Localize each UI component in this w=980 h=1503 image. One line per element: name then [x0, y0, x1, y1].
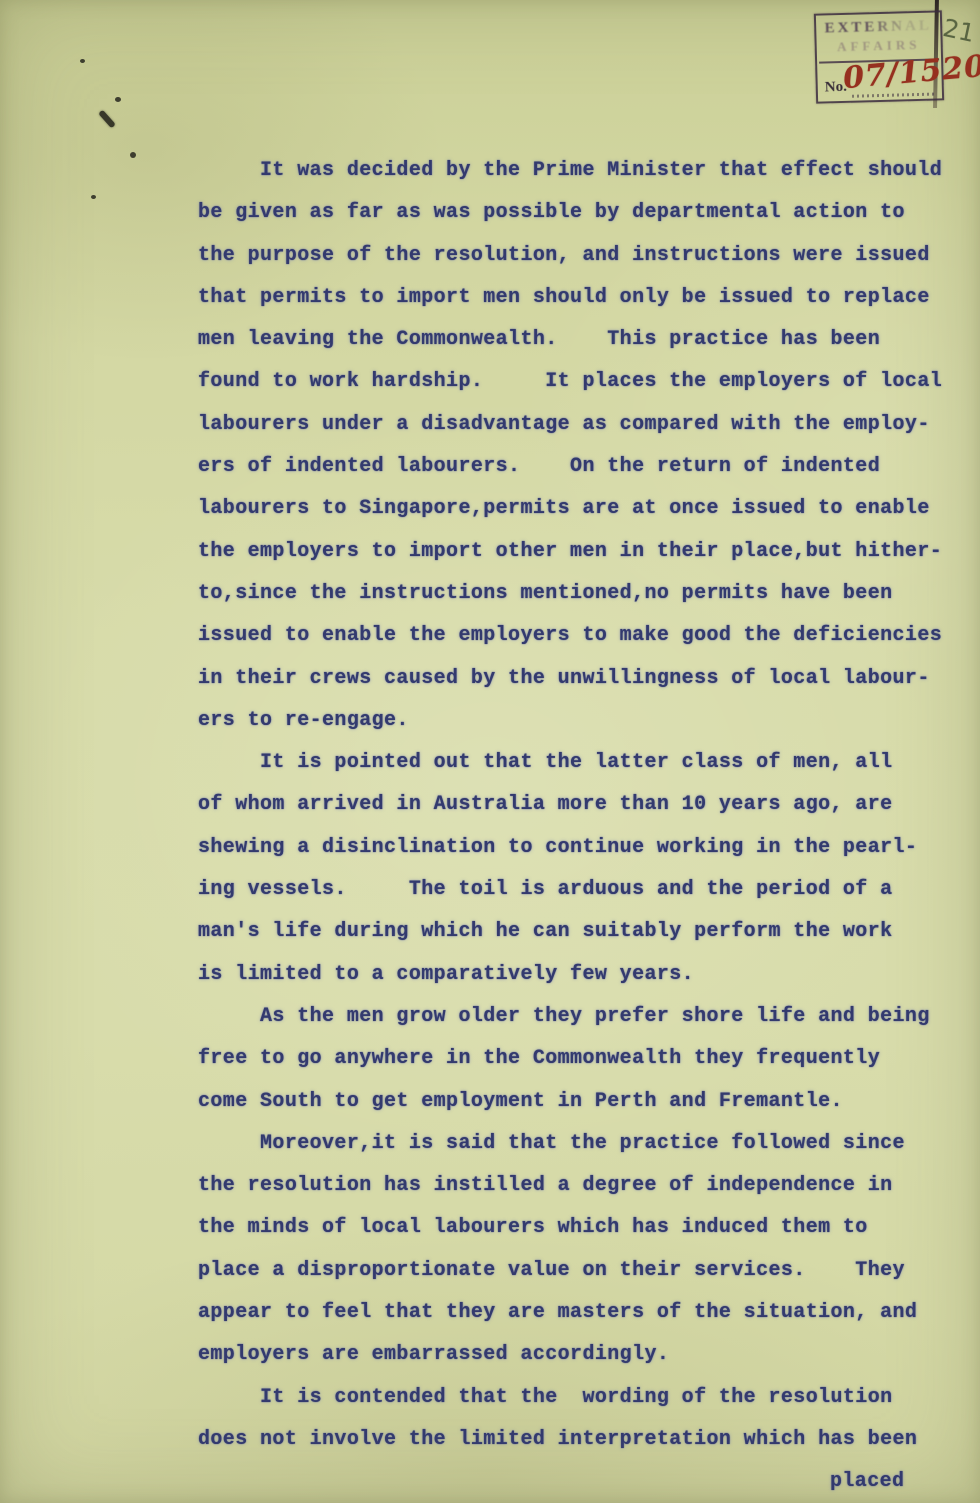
text-line: the resolution has instilled a degree of… [198, 1165, 942, 1207]
text-line: labourers under a disadvantage as compar… [198, 404, 942, 446]
text-line: to,since the instructions mentioned,no p… [198, 573, 942, 615]
text-line: the employers to import other men in the… [198, 531, 942, 573]
stamp-department-line2: AFFAIRS [817, 36, 941, 55]
text-line: the purpose of the resolution, and instr… [198, 235, 942, 277]
text-line: Moreover,it is said that the practice fo… [198, 1123, 942, 1165]
text-line: found to work hardship. It places the em… [198, 361, 942, 403]
text-line: ing vessels. The toil is arduous and the… [198, 869, 942, 911]
text-line: man's life during which he can suitably … [198, 911, 942, 953]
text-line: appear to feel that they are masters of … [198, 1292, 942, 1334]
text-line: It was decided by the Prime Minister tha… [198, 150, 942, 192]
text-line: ers to re-engage. [198, 700, 942, 742]
text-line: men leaving the Commonwealth. This pract… [198, 319, 942, 361]
text-line: that permits to import men should only b… [198, 277, 942, 319]
text-line: is limited to a comparatively few years. [198, 954, 942, 996]
text-line: does not involve the limited interpretat… [198, 1419, 942, 1461]
scanned-document-page: EXTERNAL AFFAIRS No. 07/1520 21 It was d… [0, 0, 980, 1503]
text-line: ers of indented labourers. On the return… [198, 446, 942, 488]
ink-dash-mark [98, 110, 116, 129]
text-line: free to go anywhere in the Commonwealth … [198, 1038, 942, 1080]
text-line: place a disproportionate value on their … [198, 1250, 942, 1292]
ink-speck [130, 152, 136, 158]
ink-speck [115, 97, 121, 102]
text-line: the minds of local labourers which has i… [198, 1207, 942, 1249]
text-lines: It was decided by the Prime Minister tha… [198, 150, 942, 1461]
text-line: of whom arrived in Australia more than 1… [198, 784, 942, 826]
text-line: It is pointed out that the latter class … [198, 742, 942, 784]
text-line: be given as far as was possible by depar… [198, 192, 942, 234]
text-line: employers are embarrassed accordingly. [198, 1334, 942, 1376]
catchword: placed [830, 1461, 904, 1503]
ink-speck [80, 59, 85, 63]
text-line: As the men grow older they prefer shore … [198, 996, 942, 1038]
handwritten-page-number: 21 [940, 13, 977, 48]
text-line: It is contended that the wording of the … [198, 1377, 942, 1419]
text-line: issued to enable the employers to make g… [198, 615, 942, 657]
text-line: labourers to Singapore,permits are at on… [198, 488, 942, 530]
text-line: in their crews caused by the unwillingne… [198, 658, 942, 700]
ink-speck [91, 195, 96, 199]
stamp-department-line1: EXTERNAL [816, 17, 940, 37]
text-line: come South to get employment in Perth an… [198, 1081, 942, 1123]
text-line: shewing a disinclination to continue wor… [198, 827, 942, 869]
